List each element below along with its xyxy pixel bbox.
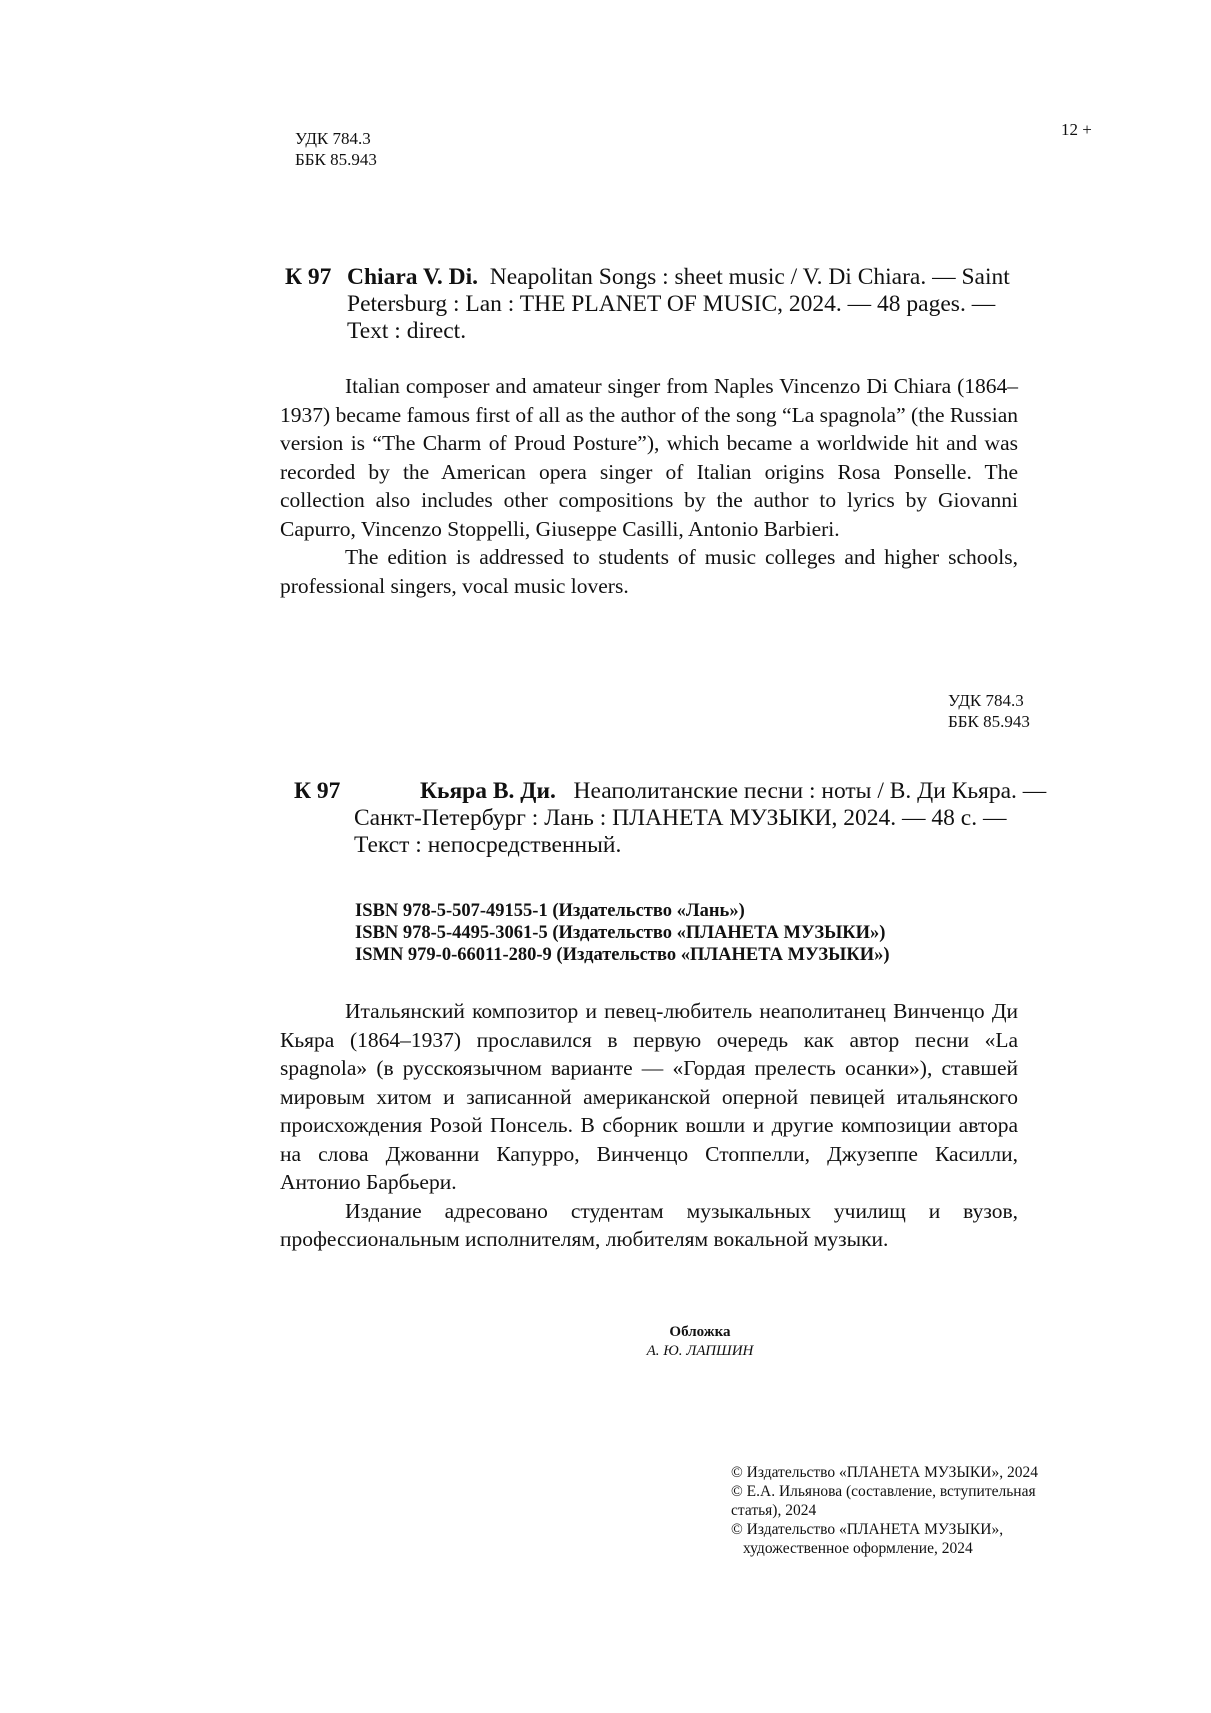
ismn-planet-of-music: ISMN 979-0-66011-280-9 (Издательство «ПЛ… [355, 944, 890, 966]
entry-title-line: Neapolitan Songs : sheet music / V. Di C… [490, 264, 1010, 290]
entry-medium-line: Text : direct. [285, 318, 1095, 345]
entry-publisher-line: Petersburg : Lan : THE PLANET OF MUSIC, … [285, 291, 1095, 318]
russian-bibliographic-entry: К 97 Кьяра В. Ди. Неаполитанские песни :… [294, 778, 1094, 859]
copyright-line: © Е.А. Ильянова (составление, вступитель… [731, 1482, 1071, 1520]
copyright-line: © Издательство «ПЛАНЕТА МУЗЫКИ», [731, 1520, 1071, 1539]
mid-classification-codes: УДК 784.3 ББК 85.943 [948, 690, 1030, 732]
age-rating: 12 + [1061, 120, 1092, 140]
identifiers-block: ISBN 978-5-507-49155-1 (Издательство «Ла… [355, 900, 890, 966]
english-abstract-paragraph-2: The edition is addressed to students of … [280, 543, 1018, 600]
entry-number: К 97 [285, 264, 331, 291]
udk-code: УДК 784.3 [295, 128, 377, 149]
entry-author: Chiara V. Di. [347, 264, 478, 290]
english-abstract-paragraph-1: Italian composer and amateur singer from… [280, 372, 1018, 543]
entry-publisher-line: Санкт-Петербург : Лань : ПЛАНЕТА МУЗЫКИ,… [294, 805, 1094, 832]
udk-code: УДК 784.3 [948, 690, 1030, 711]
copyright-line: © Издательство «ПЛАНЕТА МУЗЫКИ», 2024 [731, 1463, 1071, 1482]
bbk-code: ББК 85.943 [295, 149, 377, 170]
cover-credit-name: А. Ю. ЛАПШИН [560, 1342, 840, 1361]
russian-abstract: Итальянский композитор и певец-любитель … [280, 997, 1018, 1254]
bbk-code: ББК 85.943 [948, 711, 1030, 732]
russian-abstract-paragraph-2: Издание адресовано студентам музыкальных… [280, 1197, 1018, 1254]
english-abstract: Italian composer and amateur singer from… [280, 372, 1018, 600]
cover-credit: Обложка А. Ю. ЛАПШИН [560, 1323, 840, 1361]
cover-credit-label: Обложка [560, 1323, 840, 1342]
entry-title-line: Неаполитанские песни : ноты / В. Ди Кьяр… [574, 778, 1047, 804]
isbn-lan: ISBN 978-5-507-49155-1 (Издательство «Ла… [355, 900, 890, 922]
copyright-line: художественное оформление, 2024 [731, 1539, 1071, 1558]
english-bibliographic-entry: К 97 Chiara V. Di. Neapolitan Songs : sh… [285, 264, 1095, 345]
russian-abstract-paragraph-1: Итальянский композитор и певец-любитель … [280, 997, 1018, 1197]
entry-author: Кьяра В. Ди. [420, 778, 556, 804]
isbn-planet-of-music: ISBN 978-5-4495-3061-5 (Издательство «ПЛ… [355, 922, 890, 944]
top-classification-codes: УДК 784.3 ББК 85.943 [295, 128, 377, 170]
copyright-block: © Издательство «ПЛАНЕТА МУЗЫКИ», 2024 © … [731, 1463, 1071, 1558]
entry-number: К 97 [294, 778, 340, 805]
entry-medium-line: Текст : непосредственный. [294, 832, 1094, 859]
